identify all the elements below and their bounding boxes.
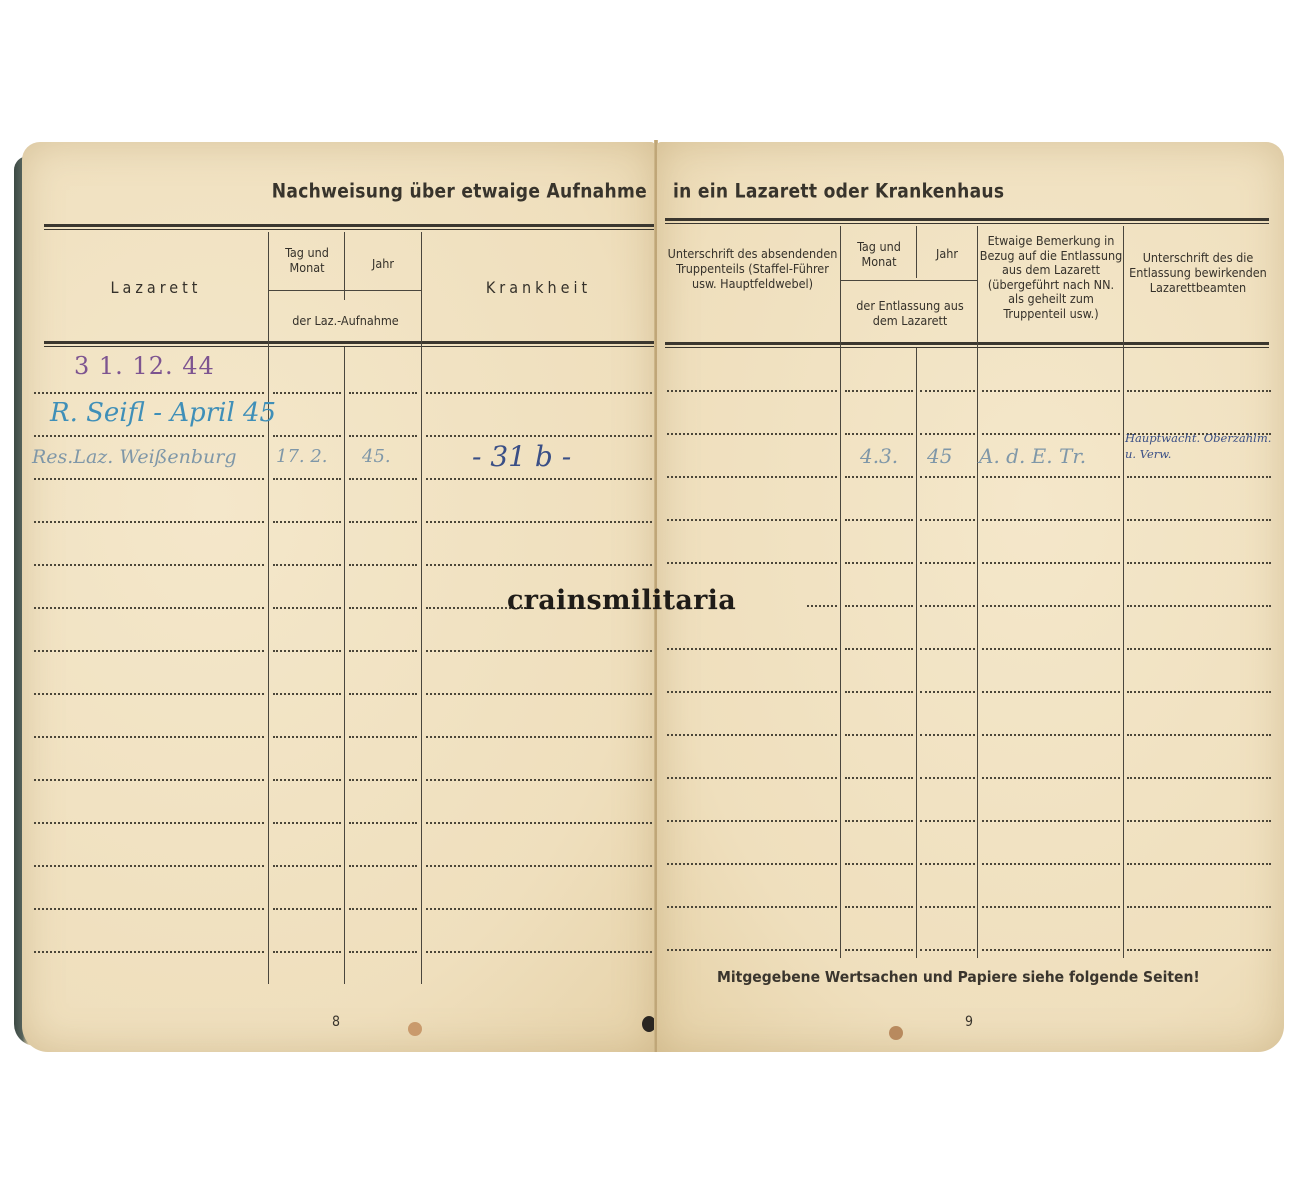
column-divider [977, 226, 978, 958]
header-tag-und-monat: Tag und Monat [270, 245, 344, 275]
header-bemerkung: Etwaige Bemerkung in Bezug auf die Entla… [979, 234, 1123, 321]
footer-note: Mitgegebene Wertsachen und Papiere siehe… [717, 968, 1200, 986]
handwritten-annotation: R. Seifl - April 45 [50, 398, 276, 428]
entry-krankheit: - 31 b - [472, 440, 571, 473]
column-divider [1123, 226, 1124, 958]
header-tag-und-monat-right: Tag und Monat [843, 239, 915, 269]
column-divider [840, 226, 841, 958]
header-bottom-rule [44, 341, 655, 347]
subheader-rule [269, 290, 421, 291]
header-unterschrift-truppenteil: Unterschrift des absendenden Truppenteil… [665, 246, 840, 291]
page-number-right: 9 [965, 1014, 973, 1030]
header-bottom-rule [665, 342, 1269, 348]
header-lazarett: Lazarett [44, 280, 268, 295]
header-top-rule [665, 218, 1269, 224]
header-top-rule [44, 224, 655, 230]
right-page: in ein Lazarett oder Krankenhaus Untersc… [657, 142, 1284, 1052]
entry-bemerkung: A. d. E. Tr. [979, 444, 1086, 468]
header-der-laz-aufnahme: der Laz.-Aufnahme [270, 313, 421, 328]
header-jahr: Jahr [345, 256, 421, 271]
column-divider [421, 232, 422, 984]
header-jahr-right: Jahr [917, 246, 977, 261]
foxing-spot [889, 1026, 903, 1040]
right-page-title: in ein Lazarett oder Krankenhaus [673, 179, 1004, 202]
entry-entlassung-jahr: 45 [927, 444, 952, 468]
header-der-entlassung: der Entlassung aus dem Lazarett [843, 298, 977, 328]
open-booklet: Nachweisung über etwaige Aufnahme Lazare… [14, 140, 1286, 1060]
entry-aufnahme-tag-monat: 17. 2. [276, 446, 328, 467]
column-divider [268, 232, 269, 984]
entry-unterschrift: Hauptwacht. Oberzahlm. u. Verw. [1125, 430, 1275, 462]
foxing-spot [408, 1022, 422, 1036]
stamp-date: 3 1. 12. 44 [74, 352, 215, 380]
left-page-title: Nachweisung über etwaige Aufnahme [272, 179, 647, 202]
subheader-rule [841, 280, 977, 281]
header-unterschrift-lazarettbeamten: Unterschrift des die Entlassung bewirken… [1125, 250, 1271, 295]
column-divider [916, 348, 917, 958]
page-number-left: 8 [332, 1014, 340, 1030]
watermark: crainsmilitaria [507, 585, 736, 616]
entry-aufnahme-jahr: 45. [362, 446, 391, 467]
entry-entlassung-tag-monat: 4.3. [860, 444, 898, 468]
entry-lazarett: Res.Laz. Weißenburg [32, 446, 237, 468]
header-krankheit: Krankheit [422, 280, 655, 295]
column-divider [344, 347, 345, 984]
